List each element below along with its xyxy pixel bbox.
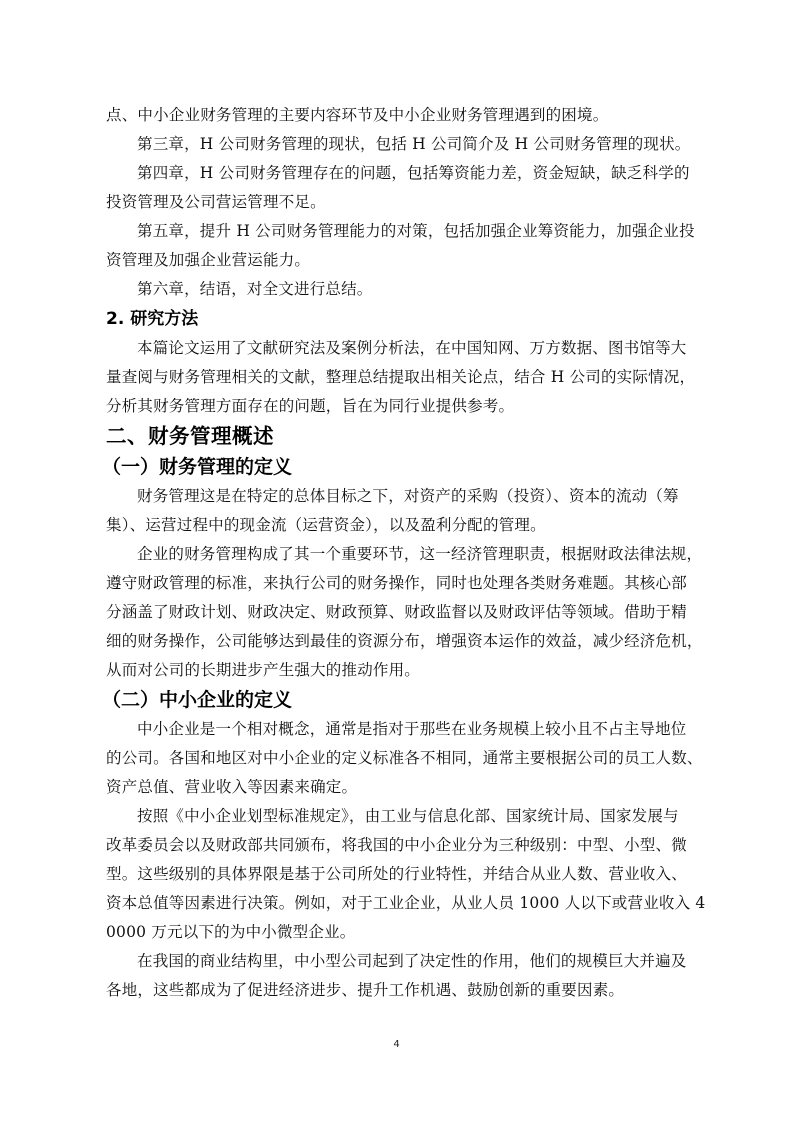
paragraph-line: 第六章，结语，对全文进行总结。 (106, 275, 698, 304)
paragraph-line: 企业的财务管理构成了其一个重要环节，这一经济管理职责，根据财政法律法规， (106, 540, 698, 569)
paragraph-line: 型。这些级别的具体界限是基于公司所处的行业特性，并结合从业人数、营业收入、 (106, 860, 698, 889)
paragraph-line: 第五章，提升 H 公司财务管理能力的对策，包括加强企业筹资能力，加强企业投 (106, 217, 698, 246)
paragraph-line: 中小企业是一个相对概念，通常是指对于那些在业务规模上较小且不占主导地位 (106, 715, 698, 744)
page-content: 点、中小企业财务管理的主要内容环节及中小企业财务管理遇到的困境。 第三章，H 公… (106, 101, 698, 1005)
paragraph-line: 在我国的商业结构里，中小型公司起到了决定性的作用，他们的规模巨大并遍及 (106, 947, 698, 976)
paragraph-line: 从而对公司的长期进步产生强大的推动作用。 (106, 656, 698, 685)
paragraph-line: 集）、运营过程中的现金流（运营资金），以及盈利分配的管理。 (106, 511, 698, 540)
paragraph-line: 资本总值等因素进行决策。例如，对于工业企业，从业人员 1000 人以下或营业收入… (106, 889, 698, 918)
paragraph-line: 资管理及加强企业营运能力。 (106, 246, 698, 275)
paragraph-line: 本篇论文运用了文献研究法及案例分析法，在中国知网、万方数据、图书馆等大 (106, 334, 698, 363)
paragraph-line: 分析其财务管理方面存在的问题，旨在为同行业提供参考。 (106, 392, 698, 421)
subsection-heading-financial-management-definition: （一）财务管理的定义 (102, 452, 698, 482)
paragraph-line: 第三章，H 公司财务管理的现状，包括 H 公司简介及 H 公司财务管理的现状。 (106, 130, 698, 159)
paragraph-line: 改革委员会以及财政部共同颁布，将我国的中小企业分为三种级别：中型、小型、微 (106, 831, 698, 860)
paragraph-line: 0000 万元以下的为中小微型企业。 (106, 918, 698, 947)
document-page: 点、中小企业财务管理的主要内容环节及中小企业财务管理遇到的困境。 第三章，H 公… (0, 0, 793, 1122)
paragraph-line: 的公司。各国和地区对中小企业的定义标准各不相同，通常主要根据公司的员工人数、 (106, 744, 698, 773)
paragraph-line: 第四章，H 公司财务管理存在的问题，包括筹资能力差，资金短缺，缺乏科学的 (106, 159, 698, 188)
section-heading-research-method: 2. 研究方法 (106, 304, 698, 334)
chapter-heading-financial-management-overview: 二、财务管理概述 (106, 421, 698, 452)
paragraph-line: 按照《中小企业划型标准规定》，由工业与信息化部、国家统计局、国家发展与 (106, 802, 698, 831)
subsection-heading-sme-definition: （二）中小企业的定义 (102, 685, 698, 715)
paragraph-line: 财务管理这是在特定的总体目标之下，对资产的采购（投资）、资本的流动（筹 (106, 482, 698, 511)
paragraph-line: 点、中小企业财务管理的主要内容环节及中小企业财务管理遇到的困境。 (106, 101, 698, 130)
paragraph-line: 细的财务操作，公司能够达到最佳的资源分布，增强资本运作的效益，减少经济危机， (106, 627, 698, 656)
paragraph-line: 遵守财政管理的标准，来执行公司的财务操作，同时也处理各类财务难题。其核心部 (106, 569, 698, 598)
paragraph-line: 分涵盖了财政计划、财政决定、财政预算、财政监督以及财政评估等领域。借助于精 (106, 598, 698, 627)
paragraph-line: 资产总值、营业收入等因素来确定。 (106, 773, 698, 802)
paragraph-line: 各地，这些都成为了促进经济进步、提升工作机遇、鼓励创新的重要因素。 (106, 976, 698, 1005)
paragraph-line: 投资管理及公司营运管理不足。 (106, 188, 698, 217)
paragraph-line: 量查阅与财务管理相关的文献，整理总结提取出相关论点，结合 H 公司的实际情况， (106, 363, 698, 392)
page-number: 4 (0, 1039, 793, 1050)
